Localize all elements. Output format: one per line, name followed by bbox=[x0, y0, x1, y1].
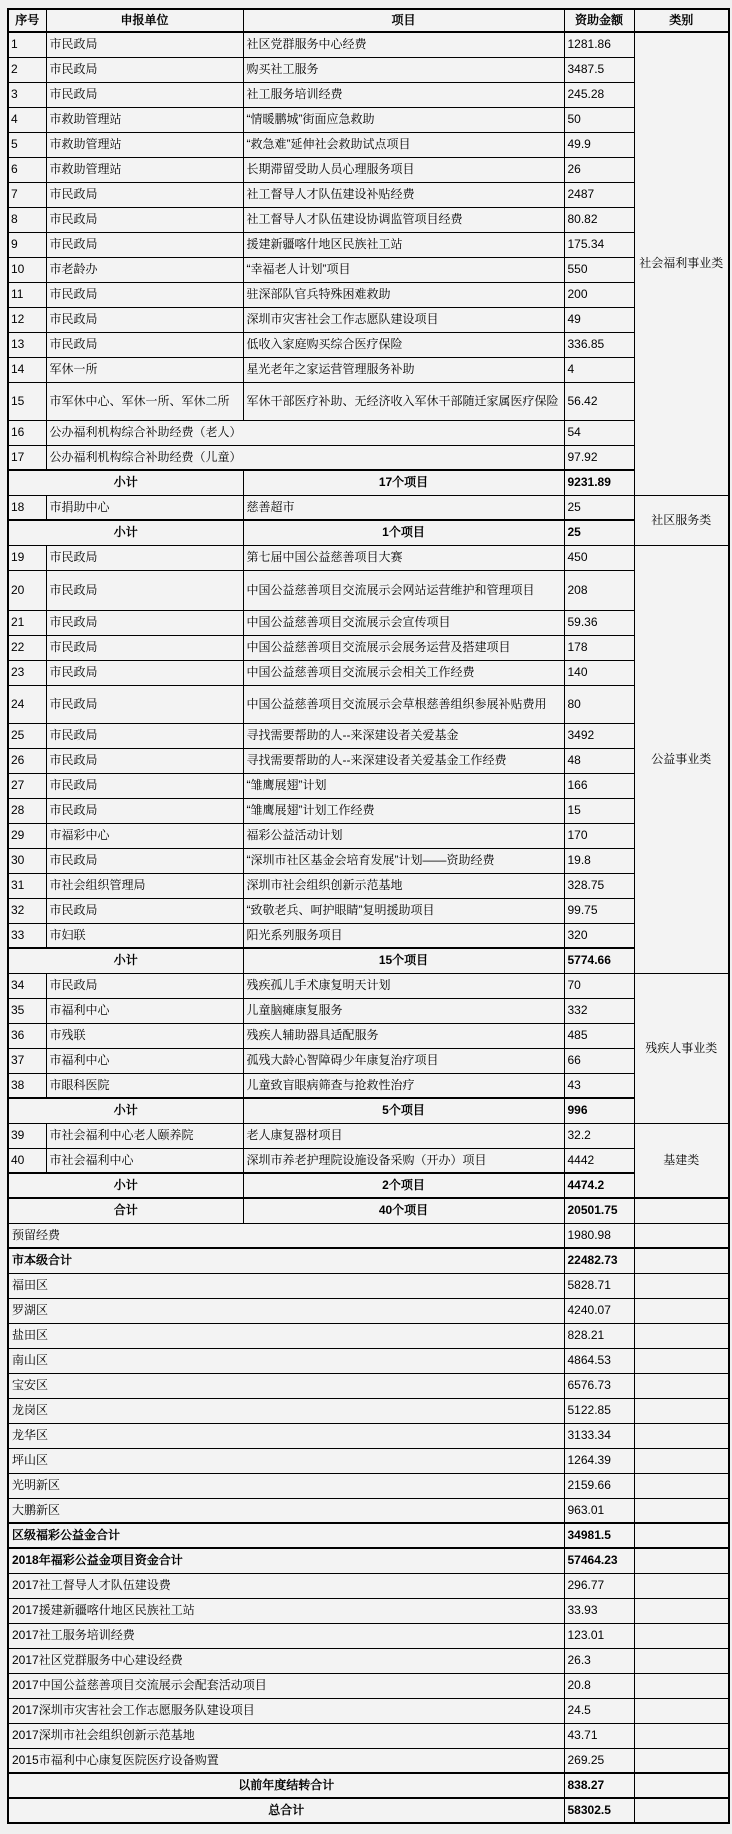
summary-label-cell: 2017援建新疆喀什地区民族社工站 bbox=[8, 1598, 564, 1623]
grand-total-label-cell: 合计 bbox=[8, 1198, 243, 1223]
category-cell: 社区服务类 bbox=[634, 495, 729, 545]
table-row: 38市眼科医院儿童致盲眼病筛查与抢救性治疗43 bbox=[8, 1073, 729, 1098]
table-row: 25市民政局寻找需要帮助的人--来深建设者关爱基金3492 bbox=[8, 723, 729, 748]
amount-cell: 54 bbox=[564, 420, 634, 445]
category-empty-cell bbox=[634, 1673, 729, 1698]
row-number-cell: 11 bbox=[8, 282, 46, 307]
unit-cell: 市救助管理站 bbox=[46, 132, 243, 157]
amount-cell: 49 bbox=[564, 307, 634, 332]
project-cell: 低收入家庭购买综合医疗保险 bbox=[243, 332, 564, 357]
summary-row: 2018年福彩公益金项目资金合计57464.23 bbox=[8, 1548, 729, 1573]
table-row: 37市福利中心孤残大龄心智障碍少年康复治疗项目66 bbox=[8, 1048, 729, 1073]
summary-amount-cell: 34981.5 bbox=[564, 1523, 634, 1548]
summary-amount-cell: 24.5 bbox=[564, 1698, 634, 1723]
summary-label-cell: 以前年度结转合计 bbox=[8, 1773, 564, 1798]
project-cell: 中国公益慈善项目交流展示会展务运营及搭建项目 bbox=[243, 635, 564, 660]
category-empty-cell bbox=[634, 1448, 729, 1473]
unit-cell: 市民政局 bbox=[46, 82, 243, 107]
project-cell: 福彩公益活动计划 bbox=[243, 823, 564, 848]
category-empty-cell bbox=[634, 1373, 729, 1398]
summary-amount-cell: 296.77 bbox=[564, 1573, 634, 1598]
row-number-cell: 40 bbox=[8, 1148, 46, 1173]
summary-amount-cell: 58302.5 bbox=[564, 1798, 634, 1823]
summary-label-cell: 2017深圳市社会组织创新示范基地 bbox=[8, 1723, 564, 1748]
project-cell: 星光老年之家运营管理服务补助 bbox=[243, 357, 564, 382]
row-number-cell: 34 bbox=[8, 973, 46, 998]
table-row: 26市民政局寻找需要帮助的人--来深建设者关爱基金工作经费48 bbox=[8, 748, 729, 773]
table-row: 9市民政局援建新疆喀什地区民族社工站175.34 bbox=[8, 232, 729, 257]
amount-cell: 97.92 bbox=[564, 445, 634, 470]
row-number-cell: 29 bbox=[8, 823, 46, 848]
project-cell: 第七届中国公益慈善项目大赛 bbox=[243, 545, 564, 570]
summary-amount-cell: 6576.73 bbox=[564, 1373, 634, 1398]
project-cell: 老人康复器材项目 bbox=[243, 1123, 564, 1148]
amount-cell: 328.75 bbox=[564, 873, 634, 898]
project-cell: “雏鹰展翅”计划 bbox=[243, 773, 564, 798]
header-cell-amount: 资助金额 bbox=[564, 9, 634, 32]
category-empty-cell bbox=[634, 1523, 729, 1548]
subtotal-projects-cell: 15个项目 bbox=[243, 948, 564, 973]
unit-cell: 市民政局 bbox=[46, 635, 243, 660]
subtotal-row: 小计17个项目9231.89 bbox=[8, 470, 729, 495]
project-cell: “情暖鹏城”街面应急救助 bbox=[243, 107, 564, 132]
row-number-cell: 36 bbox=[8, 1023, 46, 1048]
subtotal-label-cell: 小计 bbox=[8, 948, 243, 973]
summary-row: 总合计58302.5 bbox=[8, 1798, 729, 1823]
amount-cell: 200 bbox=[564, 282, 634, 307]
row-number-cell: 3 bbox=[8, 82, 46, 107]
summary-row: 2017援建新疆喀什地区民族社工站33.93 bbox=[8, 1598, 729, 1623]
amount-cell: 50 bbox=[564, 107, 634, 132]
row-number-cell: 31 bbox=[8, 873, 46, 898]
amount-cell: 2487 bbox=[564, 182, 634, 207]
summary-label-cell: 2017社工服务培训经费 bbox=[8, 1623, 564, 1648]
amount-cell: 336.85 bbox=[564, 332, 634, 357]
unit-cell: 市福彩中心 bbox=[46, 823, 243, 848]
unit-cell: 市社会组织管理局 bbox=[46, 873, 243, 898]
summary-label-cell: 罗湖区 bbox=[8, 1298, 564, 1323]
grand-total-amount-cell: 20501.75 bbox=[564, 1198, 634, 1223]
unit-cell: 市民政局 bbox=[46, 282, 243, 307]
project-cell: “雏鹰展翅”计划工作经费 bbox=[243, 798, 564, 823]
summary-row: 福田区5828.71 bbox=[8, 1273, 729, 1298]
project-cell: “致敬老兵、呵护眼睛”复明援助项目 bbox=[243, 898, 564, 923]
summary-amount-cell: 838.27 bbox=[564, 1773, 634, 1798]
table-row: 22市民政局中国公益慈善项目交流展示会展务运营及搭建项目178 bbox=[8, 635, 729, 660]
summary-row: 2017深圳市社会组织创新示范基地43.71 bbox=[8, 1723, 729, 1748]
summary-amount-cell: 43.71 bbox=[564, 1723, 634, 1748]
summary-row: 南山区4864.53 bbox=[8, 1348, 729, 1373]
project-cell: 寻找需要帮助的人--来深建设者关爱基金 bbox=[243, 723, 564, 748]
project-cell: 中国公益慈善项目交流展示会相关工作经费 bbox=[243, 660, 564, 685]
row-number-cell: 30 bbox=[8, 848, 46, 873]
row-number-cell: 13 bbox=[8, 332, 46, 357]
row-number-cell: 16 bbox=[8, 420, 46, 445]
category-empty-cell bbox=[634, 1348, 729, 1373]
subtotal-row: 小计5个项目996 bbox=[8, 1098, 729, 1123]
subtotal-amount-cell: 996 bbox=[564, 1098, 634, 1123]
row-number-cell: 7 bbox=[8, 182, 46, 207]
summary-amount-cell: 828.21 bbox=[564, 1323, 634, 1348]
unit-cell: 市军休中心、军休一所、军休二所 bbox=[46, 382, 243, 420]
summary-label-cell: 2015市福利中心康复医院医疗设备购置 bbox=[8, 1748, 564, 1773]
unit-cell: 市救助管理站 bbox=[46, 157, 243, 182]
table-row: 23市民政局中国公益慈善项目交流展示会相关工作经费140 bbox=[8, 660, 729, 685]
amount-cell: 59.36 bbox=[564, 610, 634, 635]
unit-cell: 市民政局 bbox=[46, 207, 243, 232]
summary-row: 预留经费1980.98 bbox=[8, 1223, 729, 1248]
category-empty-cell bbox=[634, 1248, 729, 1273]
category-empty-cell bbox=[634, 1798, 729, 1823]
category-empty-cell bbox=[634, 1623, 729, 1648]
unit-cell: 市民政局 bbox=[46, 685, 243, 723]
row-number-cell: 35 bbox=[8, 998, 46, 1023]
table-row: 16公办福利机构综合补助经费（老人）54 bbox=[8, 420, 729, 445]
row-number-cell: 6 bbox=[8, 157, 46, 182]
row-number-cell: 37 bbox=[8, 1048, 46, 1073]
project-cell: 中国公益慈善项目交流展示会网站运营维护和管理项目 bbox=[243, 570, 564, 610]
row-number-cell: 24 bbox=[8, 685, 46, 723]
amount-cell: 99.75 bbox=[564, 898, 634, 923]
table-row: 5市救助管理站“救急难”延伸社会救助试点项目49.9 bbox=[8, 132, 729, 157]
summary-amount-cell: 269.25 bbox=[564, 1748, 634, 1773]
row-number-cell: 25 bbox=[8, 723, 46, 748]
category-cell: 残疾人事业类 bbox=[634, 973, 729, 1123]
unit-cell: 市民政局 bbox=[46, 182, 243, 207]
subtotal-row: 小计1个项目25 bbox=[8, 520, 729, 545]
table-row: 32市民政局“致敬老兵、呵护眼睛”复明援助项目99.75 bbox=[8, 898, 729, 923]
table-row: 20市民政局中国公益慈善项目交流展示会网站运营维护和管理项目208 bbox=[8, 570, 729, 610]
subtotal-label-cell: 小计 bbox=[8, 1173, 243, 1198]
amount-cell: 80.82 bbox=[564, 207, 634, 232]
amount-cell: 550 bbox=[564, 257, 634, 282]
table-row: 24市民政局中国公益慈善项目交流展示会草根慈善组织参展补贴费用80 bbox=[8, 685, 729, 723]
table-row: 17公办福利机构综合补助经费（儿童）97.92 bbox=[8, 445, 729, 470]
project-cell: 儿童致盲眼病筛查与抢救性治疗 bbox=[243, 1073, 564, 1098]
table-row: 21市民政局中国公益慈善项目交流展示会宣传项目59.36 bbox=[8, 610, 729, 635]
project-cell: 长期滞留受助人员心理服务项目 bbox=[243, 157, 564, 182]
unit-cell: 市社会福利中心 bbox=[46, 1148, 243, 1173]
summary-label-cell: 2017社工督导人才队伍建设费 bbox=[8, 1573, 564, 1598]
summary-label-cell: 龙岗区 bbox=[8, 1398, 564, 1423]
summary-row: 2017社区党群服务中心建设经费26.3 bbox=[8, 1648, 729, 1673]
summary-row: 盐田区828.21 bbox=[8, 1323, 729, 1348]
row-number-cell: 33 bbox=[8, 923, 46, 948]
table-row: 18市捐助中心慈善超市25社区服务类 bbox=[8, 495, 729, 520]
project-cell: 深圳市灾害社会工作志愿队建设项目 bbox=[243, 307, 564, 332]
table-row: 36市残联残疾人辅助器具适配服务485 bbox=[8, 1023, 729, 1048]
row-number-cell: 28 bbox=[8, 798, 46, 823]
amount-cell: 70 bbox=[564, 973, 634, 998]
table-row: 39市社会福利中心老人颐养院老人康复器材项目32.2基建类 bbox=[8, 1123, 729, 1148]
amount-cell: 15 bbox=[564, 798, 634, 823]
summary-label-cell: 大鹏新区 bbox=[8, 1498, 564, 1523]
table-row: 2市民政局购买社工服务3487.5 bbox=[8, 57, 729, 82]
unit-cell: 市残联 bbox=[46, 1023, 243, 1048]
amount-cell: 140 bbox=[564, 660, 634, 685]
summary-amount-cell: 22482.73 bbox=[564, 1248, 634, 1273]
category-empty-cell bbox=[634, 1698, 729, 1723]
table-row: 4市救助管理站“情暖鹏城”街面应急救助50 bbox=[8, 107, 729, 132]
project-cell: 残疾孤儿手术康复明天计划 bbox=[243, 973, 564, 998]
unit-cell: 市民政局 bbox=[46, 848, 243, 873]
row-number-cell: 5 bbox=[8, 132, 46, 157]
unit-cell: 市民政局 bbox=[46, 545, 243, 570]
unit-cell: 市福利中心 bbox=[46, 998, 243, 1023]
row-number-cell: 32 bbox=[8, 898, 46, 923]
amount-cell: 49.9 bbox=[564, 132, 634, 157]
category-empty-cell bbox=[634, 1423, 729, 1448]
amount-cell: 56.42 bbox=[564, 382, 634, 420]
budget-table: 序号 申报单位 项目 资助金额 类别 1市民政局社区党群服务中心经费1281.8… bbox=[7, 8, 730, 1824]
amount-cell: 245.28 bbox=[564, 82, 634, 107]
amount-cell: 32.2 bbox=[564, 1123, 634, 1148]
project-cell: 驻深部队官兵特殊困难救助 bbox=[243, 282, 564, 307]
project-cell: “幸福老人计划”项目 bbox=[243, 257, 564, 282]
summary-label-cell: 南山区 bbox=[8, 1348, 564, 1373]
project-cell: 社工督导人才队伍建设协调监管项目经费 bbox=[243, 207, 564, 232]
row-number-cell: 2 bbox=[8, 57, 46, 82]
summary-amount-cell: 3133.34 bbox=[564, 1423, 634, 1448]
summary-row: 宝安区6576.73 bbox=[8, 1373, 729, 1398]
table-header: 序号 申报单位 项目 资助金额 类别 bbox=[8, 9, 729, 32]
category-empty-cell bbox=[634, 1748, 729, 1773]
table-row: 33市妇联阳光系列服务项目320 bbox=[8, 923, 729, 948]
amount-cell: 175.34 bbox=[564, 232, 634, 257]
summary-row: 大鹏新区963.01 bbox=[8, 1498, 729, 1523]
unit-project-merged-cell: 公办福利机构综合补助经费（儿童） bbox=[46, 445, 564, 470]
header-cell-category: 类别 bbox=[634, 9, 729, 32]
amount-cell: 4 bbox=[564, 357, 634, 382]
project-cell: 残疾人辅助器具适配服务 bbox=[243, 1023, 564, 1048]
unit-cell: 市民政局 bbox=[46, 332, 243, 357]
summary-label-cell: 2018年福彩公益金项目资金合计 bbox=[8, 1548, 564, 1573]
row-number-cell: 10 bbox=[8, 257, 46, 282]
summary-row: 2017深圳市灾害社会工作志愿服务队建设项目24.5 bbox=[8, 1698, 729, 1723]
summary-label-cell: 宝安区 bbox=[8, 1373, 564, 1398]
project-cell: 孤残大龄心智障碍少年康复治疗项目 bbox=[243, 1048, 564, 1073]
amount-cell: 66 bbox=[564, 1048, 634, 1073]
category-empty-cell bbox=[634, 1723, 729, 1748]
amount-cell: 450 bbox=[564, 545, 634, 570]
table-row: 8市民政局社工督导人才队伍建设协调监管项目经费80.82 bbox=[8, 207, 729, 232]
category-empty-cell bbox=[634, 1198, 729, 1223]
unit-cell: 市民政局 bbox=[46, 570, 243, 610]
amount-cell: 26 bbox=[564, 157, 634, 182]
project-cell: 社工服务培训经费 bbox=[243, 82, 564, 107]
row-number-cell: 22 bbox=[8, 635, 46, 660]
project-cell: “深圳市社区基金会培育发展”计划——资助经费 bbox=[243, 848, 564, 873]
summary-label-cell: 福田区 bbox=[8, 1273, 564, 1298]
table-row: 12市民政局深圳市灾害社会工作志愿队建设项目49 bbox=[8, 307, 729, 332]
subtotal-amount-cell: 4474.2 bbox=[564, 1173, 634, 1198]
amount-cell: 19.8 bbox=[564, 848, 634, 873]
project-cell: 慈善超市 bbox=[243, 495, 564, 520]
category-cell: 公益事业类 bbox=[634, 545, 729, 973]
category-empty-cell bbox=[634, 1473, 729, 1498]
row-number-cell: 26 bbox=[8, 748, 46, 773]
row-number-cell: 8 bbox=[8, 207, 46, 232]
unit-cell: 市社会福利中心老人颐养院 bbox=[46, 1123, 243, 1148]
page-container: 序号 申报单位 项目 资助金额 类别 1市民政局社区党群服务中心经费1281.8… bbox=[0, 0, 732, 1834]
header-row: 序号 申报单位 项目 资助金额 类别 bbox=[8, 9, 729, 32]
table-row: 1市民政局社区党群服务中心经费1281.86社会福利事业类 bbox=[8, 32, 729, 57]
summary-row: 2017中国公益慈善项目交流展示会配套活动项目20.8 bbox=[8, 1673, 729, 1698]
row-number-cell: 27 bbox=[8, 773, 46, 798]
row-number-cell: 39 bbox=[8, 1123, 46, 1148]
category-empty-cell bbox=[634, 1548, 729, 1573]
category-empty-cell bbox=[634, 1648, 729, 1673]
grand-total-row: 合计40个项目20501.75 bbox=[8, 1198, 729, 1223]
summary-amount-cell: 963.01 bbox=[564, 1498, 634, 1523]
category-empty-cell bbox=[634, 1273, 729, 1298]
row-number-cell: 14 bbox=[8, 357, 46, 382]
unit-cell: 市民政局 bbox=[46, 32, 243, 57]
amount-cell: 166 bbox=[564, 773, 634, 798]
project-cell: 深圳市养老护理院设施设备采购（开办）项目 bbox=[243, 1148, 564, 1173]
table-row: 31市社会组织管理局深圳市社会组织创新示范基地328.75 bbox=[8, 873, 729, 898]
amount-cell: 1281.86 bbox=[564, 32, 634, 57]
table-row: 19市民政局第七届中国公益慈善项目大赛450公益事业类 bbox=[8, 545, 729, 570]
summary-row: 2017社工督导人才队伍建设费296.77 bbox=[8, 1573, 729, 1598]
summary-label-cell: 市本级合计 bbox=[8, 1248, 564, 1273]
row-number-cell: 12 bbox=[8, 307, 46, 332]
subtotal-projects-cell: 2个项目 bbox=[243, 1173, 564, 1198]
summary-row: 市本级合计22482.73 bbox=[8, 1248, 729, 1273]
subtotal-amount-cell: 25 bbox=[564, 520, 634, 545]
summary-row: 区级福彩公益金合计34981.5 bbox=[8, 1523, 729, 1548]
amount-cell: 3487.5 bbox=[564, 57, 634, 82]
summary-row: 2015市福利中心康复医院医疗设备购置269.25 bbox=[8, 1748, 729, 1773]
category-empty-cell bbox=[634, 1773, 729, 1798]
table-row: 40市社会福利中心深圳市养老护理院设施设备采购（开办）项目4442 bbox=[8, 1148, 729, 1173]
unit-cell: 市眼科医院 bbox=[46, 1073, 243, 1098]
row-number-cell: 4 bbox=[8, 107, 46, 132]
unit-cell: 市民政局 bbox=[46, 723, 243, 748]
summary-row: 罗湖区4240.07 bbox=[8, 1298, 729, 1323]
summary-label-cell: 2017深圳市灾害社会工作志愿服务队建设项目 bbox=[8, 1698, 564, 1723]
unit-cell: 市民政局 bbox=[46, 232, 243, 257]
summary-label-cell: 坪山区 bbox=[8, 1448, 564, 1473]
amount-cell: 208 bbox=[564, 570, 634, 610]
subtotal-label-cell: 小计 bbox=[8, 1098, 243, 1123]
summary-row: 坪山区1264.39 bbox=[8, 1448, 729, 1473]
summary-label-cell: 总合计 bbox=[8, 1798, 564, 1823]
project-cell: 深圳市社会组织创新示范基地 bbox=[243, 873, 564, 898]
summary-row: 以前年度结转合计838.27 bbox=[8, 1773, 729, 1798]
header-cell-project: 项目 bbox=[243, 9, 564, 32]
summary-amount-cell: 1264.39 bbox=[564, 1448, 634, 1473]
unit-cell: 市救助管理站 bbox=[46, 107, 243, 132]
unit-cell: 市老龄办 bbox=[46, 257, 243, 282]
category-empty-cell bbox=[634, 1323, 729, 1348]
subtotal-projects-cell: 1个项目 bbox=[243, 520, 564, 545]
subtotal-row: 小计15个项目5774.66 bbox=[8, 948, 729, 973]
summary-label-cell: 2017中国公益慈善项目交流展示会配套活动项目 bbox=[8, 1673, 564, 1698]
header-cell-unit: 申报单位 bbox=[46, 9, 243, 32]
summary-amount-cell: 57464.23 bbox=[564, 1548, 634, 1573]
row-number-cell: 9 bbox=[8, 232, 46, 257]
project-cell: 社工督导人才队伍建设补贴经费 bbox=[243, 182, 564, 207]
summary-label-cell: 盐田区 bbox=[8, 1323, 564, 1348]
row-number-cell: 1 bbox=[8, 32, 46, 57]
category-empty-cell bbox=[634, 1223, 729, 1248]
unit-cell: 市民政局 bbox=[46, 798, 243, 823]
category-empty-cell bbox=[634, 1498, 729, 1523]
grand-total-projects-cell: 40个项目 bbox=[243, 1198, 564, 1223]
project-cell: 中国公益慈善项目交流展示会宣传项目 bbox=[243, 610, 564, 635]
subtotal-projects-cell: 17个项目 bbox=[243, 470, 564, 495]
summary-amount-cell: 33.93 bbox=[564, 1598, 634, 1623]
budget-table-body: 1市民政局社区党群服务中心经费1281.86社会福利事业类2市民政局购买社工服务… bbox=[8, 32, 729, 1823]
table-row: 11市民政局驻深部队官兵特殊困难救助200 bbox=[8, 282, 729, 307]
summary-amount-cell: 20.8 bbox=[564, 1673, 634, 1698]
summary-amount-cell: 5122.85 bbox=[564, 1398, 634, 1423]
table-row: 10市老龄办“幸福老人计划”项目550 bbox=[8, 257, 729, 282]
unit-cell: 市民政局 bbox=[46, 307, 243, 332]
header-cell-no: 序号 bbox=[8, 9, 46, 32]
project-cell: 寻找需要帮助的人--来深建设者关爱基金工作经费 bbox=[243, 748, 564, 773]
unit-cell: 市民政局 bbox=[46, 973, 243, 998]
unit-cell: 市福利中心 bbox=[46, 1048, 243, 1073]
row-number-cell: 23 bbox=[8, 660, 46, 685]
row-number-cell: 21 bbox=[8, 610, 46, 635]
unit-cell: 市民政局 bbox=[46, 748, 243, 773]
summary-amount-cell: 2159.66 bbox=[564, 1473, 634, 1498]
summary-label-cell: 预留经费 bbox=[8, 1223, 564, 1248]
summary-amount-cell: 26.3 bbox=[564, 1648, 634, 1673]
project-cell: 购买社工服务 bbox=[243, 57, 564, 82]
row-number-cell: 15 bbox=[8, 382, 46, 420]
unit-cell: 市捐助中心 bbox=[46, 495, 243, 520]
row-number-cell: 38 bbox=[8, 1073, 46, 1098]
summary-label-cell: 区级福彩公益金合计 bbox=[8, 1523, 564, 1548]
category-cell: 社会福利事业类 bbox=[634, 32, 729, 495]
unit-cell: 市民政局 bbox=[46, 773, 243, 798]
table-row: 6市救助管理站长期滞留受助人员心理服务项目26 bbox=[8, 157, 729, 182]
unit-cell: 市民政局 bbox=[46, 898, 243, 923]
category-empty-cell bbox=[634, 1298, 729, 1323]
project-cell: 中国公益慈善项目交流展示会草根慈善组织参展补贴费用 bbox=[243, 685, 564, 723]
table-row: 34市民政局残疾孤儿手术康复明天计划70残疾人事业类 bbox=[8, 973, 729, 998]
amount-cell: 332 bbox=[564, 998, 634, 1023]
table-row: 30市民政局“深圳市社区基金会培育发展”计划——资助经费19.8 bbox=[8, 848, 729, 873]
subtotal-label-cell: 小计 bbox=[8, 520, 243, 545]
summary-amount-cell: 123.01 bbox=[564, 1623, 634, 1648]
table-row: 15市军休中心、军休一所、军休二所军休干部医疗补助、无经济收入军休干部随迁家属医… bbox=[8, 382, 729, 420]
subtotal-amount-cell: 5774.66 bbox=[564, 948, 634, 973]
subtotal-projects-cell: 5个项目 bbox=[243, 1098, 564, 1123]
subtotal-amount-cell: 9231.89 bbox=[564, 470, 634, 495]
row-number-cell: 19 bbox=[8, 545, 46, 570]
subtotal-row: 小计2个项目4474.2 bbox=[8, 1173, 729, 1198]
summary-row: 光明新区2159.66 bbox=[8, 1473, 729, 1498]
table-row: 29市福彩中心福彩公益活动计划170 bbox=[8, 823, 729, 848]
summary-amount-cell: 1980.98 bbox=[564, 1223, 634, 1248]
project-cell: 阳光系列服务项目 bbox=[243, 923, 564, 948]
amount-cell: 48 bbox=[564, 748, 634, 773]
unit-cell: 军休一所 bbox=[46, 357, 243, 382]
project-cell: 军休干部医疗补助、无经济收入军休干部随迁家属医疗保险 bbox=[243, 382, 564, 420]
table-row: 28市民政局“雏鹰展翅”计划工作经费15 bbox=[8, 798, 729, 823]
amount-cell: 170 bbox=[564, 823, 634, 848]
project-cell: 援建新疆喀什地区民族社工站 bbox=[243, 232, 564, 257]
amount-cell: 43 bbox=[564, 1073, 634, 1098]
amount-cell: 178 bbox=[564, 635, 634, 660]
category-empty-cell bbox=[634, 1598, 729, 1623]
subtotal-label-cell: 小计 bbox=[8, 470, 243, 495]
summary-row: 龙岗区5122.85 bbox=[8, 1398, 729, 1423]
